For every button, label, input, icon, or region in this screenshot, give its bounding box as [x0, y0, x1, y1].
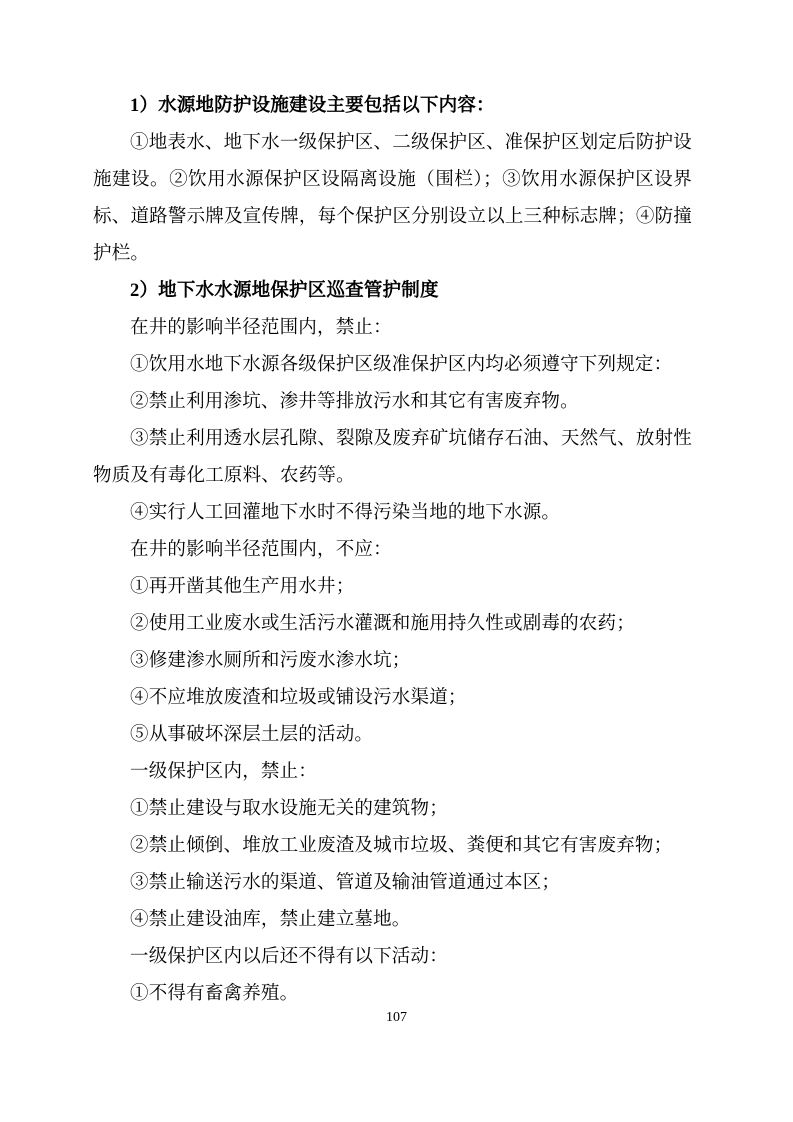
list-item: ⑤从事破坏深层土层的活动。: [93, 717, 692, 754]
paragraph-well-radius-forbid: 在井的影响半径范围内，禁止：: [93, 310, 692, 347]
list-item: ③修建渗水厕所和污废水渗水坑；: [93, 643, 692, 680]
list-item: ①禁止建设与取水设施无关的建筑物；: [93, 791, 692, 828]
paragraph-protection-facilities: ①地表水、地下水一级保护区、二级保护区、准保护区划定后防护设施建设。②饮用水源保…: [93, 125, 692, 273]
list-item: ②使用工业废水或生活污水灌溉和施用持久性或剧毒的农药；: [93, 606, 692, 643]
list-item: ③禁止利用透水层孔隙、裂隙及废弃矿坑储存石油、天然气、放射性物质及有毒化工原料、…: [93, 421, 692, 495]
paragraph-first-class-zone-forbid: 一级保护区内，禁止：: [93, 754, 692, 791]
section-2-heading: 2）地下水水源地保护区巡查管护制度: [93, 273, 692, 310]
list-item: ②禁止利用渗坑、渗井等排放污水和其它有害废弃物。: [93, 384, 692, 421]
list-item: ②禁止倾倒、堆放工业废渣及城市垃圾、粪便和其它有害废弃物；: [93, 828, 692, 865]
list-item: ④不应堆放废渣和垃圾或铺设污水渠道；: [93, 680, 692, 717]
list-item: ④实行人工回灌地下水时不得污染当地的地下水源。: [93, 495, 692, 532]
section-1-heading: 1）水源地防护设施建设主要包括以下内容：: [93, 88, 692, 125]
list-item: ①饮用水地下水源各级保护区级准保护区内均必须遵守下列规定：: [93, 347, 692, 384]
paragraph-first-class-zone-future: 一级保护区内以后还不得有以下活动：: [93, 939, 692, 976]
paragraph-well-radius-should-not: 在井的影响半径范围内，不应：: [93, 532, 692, 569]
document-page: 1）水源地防护设施建设主要包括以下内容： ①地表水、地下水一级保护区、二级保护区…: [0, 0, 793, 1122]
list-item: ①再开凿其他生产用水井；: [93, 569, 692, 606]
page-number: 107: [0, 1008, 793, 1028]
list-item: ④禁止建设油库，禁止建立墓地。: [93, 902, 692, 939]
document-body: 1）水源地防护设施建设主要包括以下内容： ①地表水、地下水一级保护区、二级保护区…: [0, 0, 793, 1013]
list-item: ③禁止输送污水的渠道、管道及输油管道通过本区；: [93, 865, 692, 902]
